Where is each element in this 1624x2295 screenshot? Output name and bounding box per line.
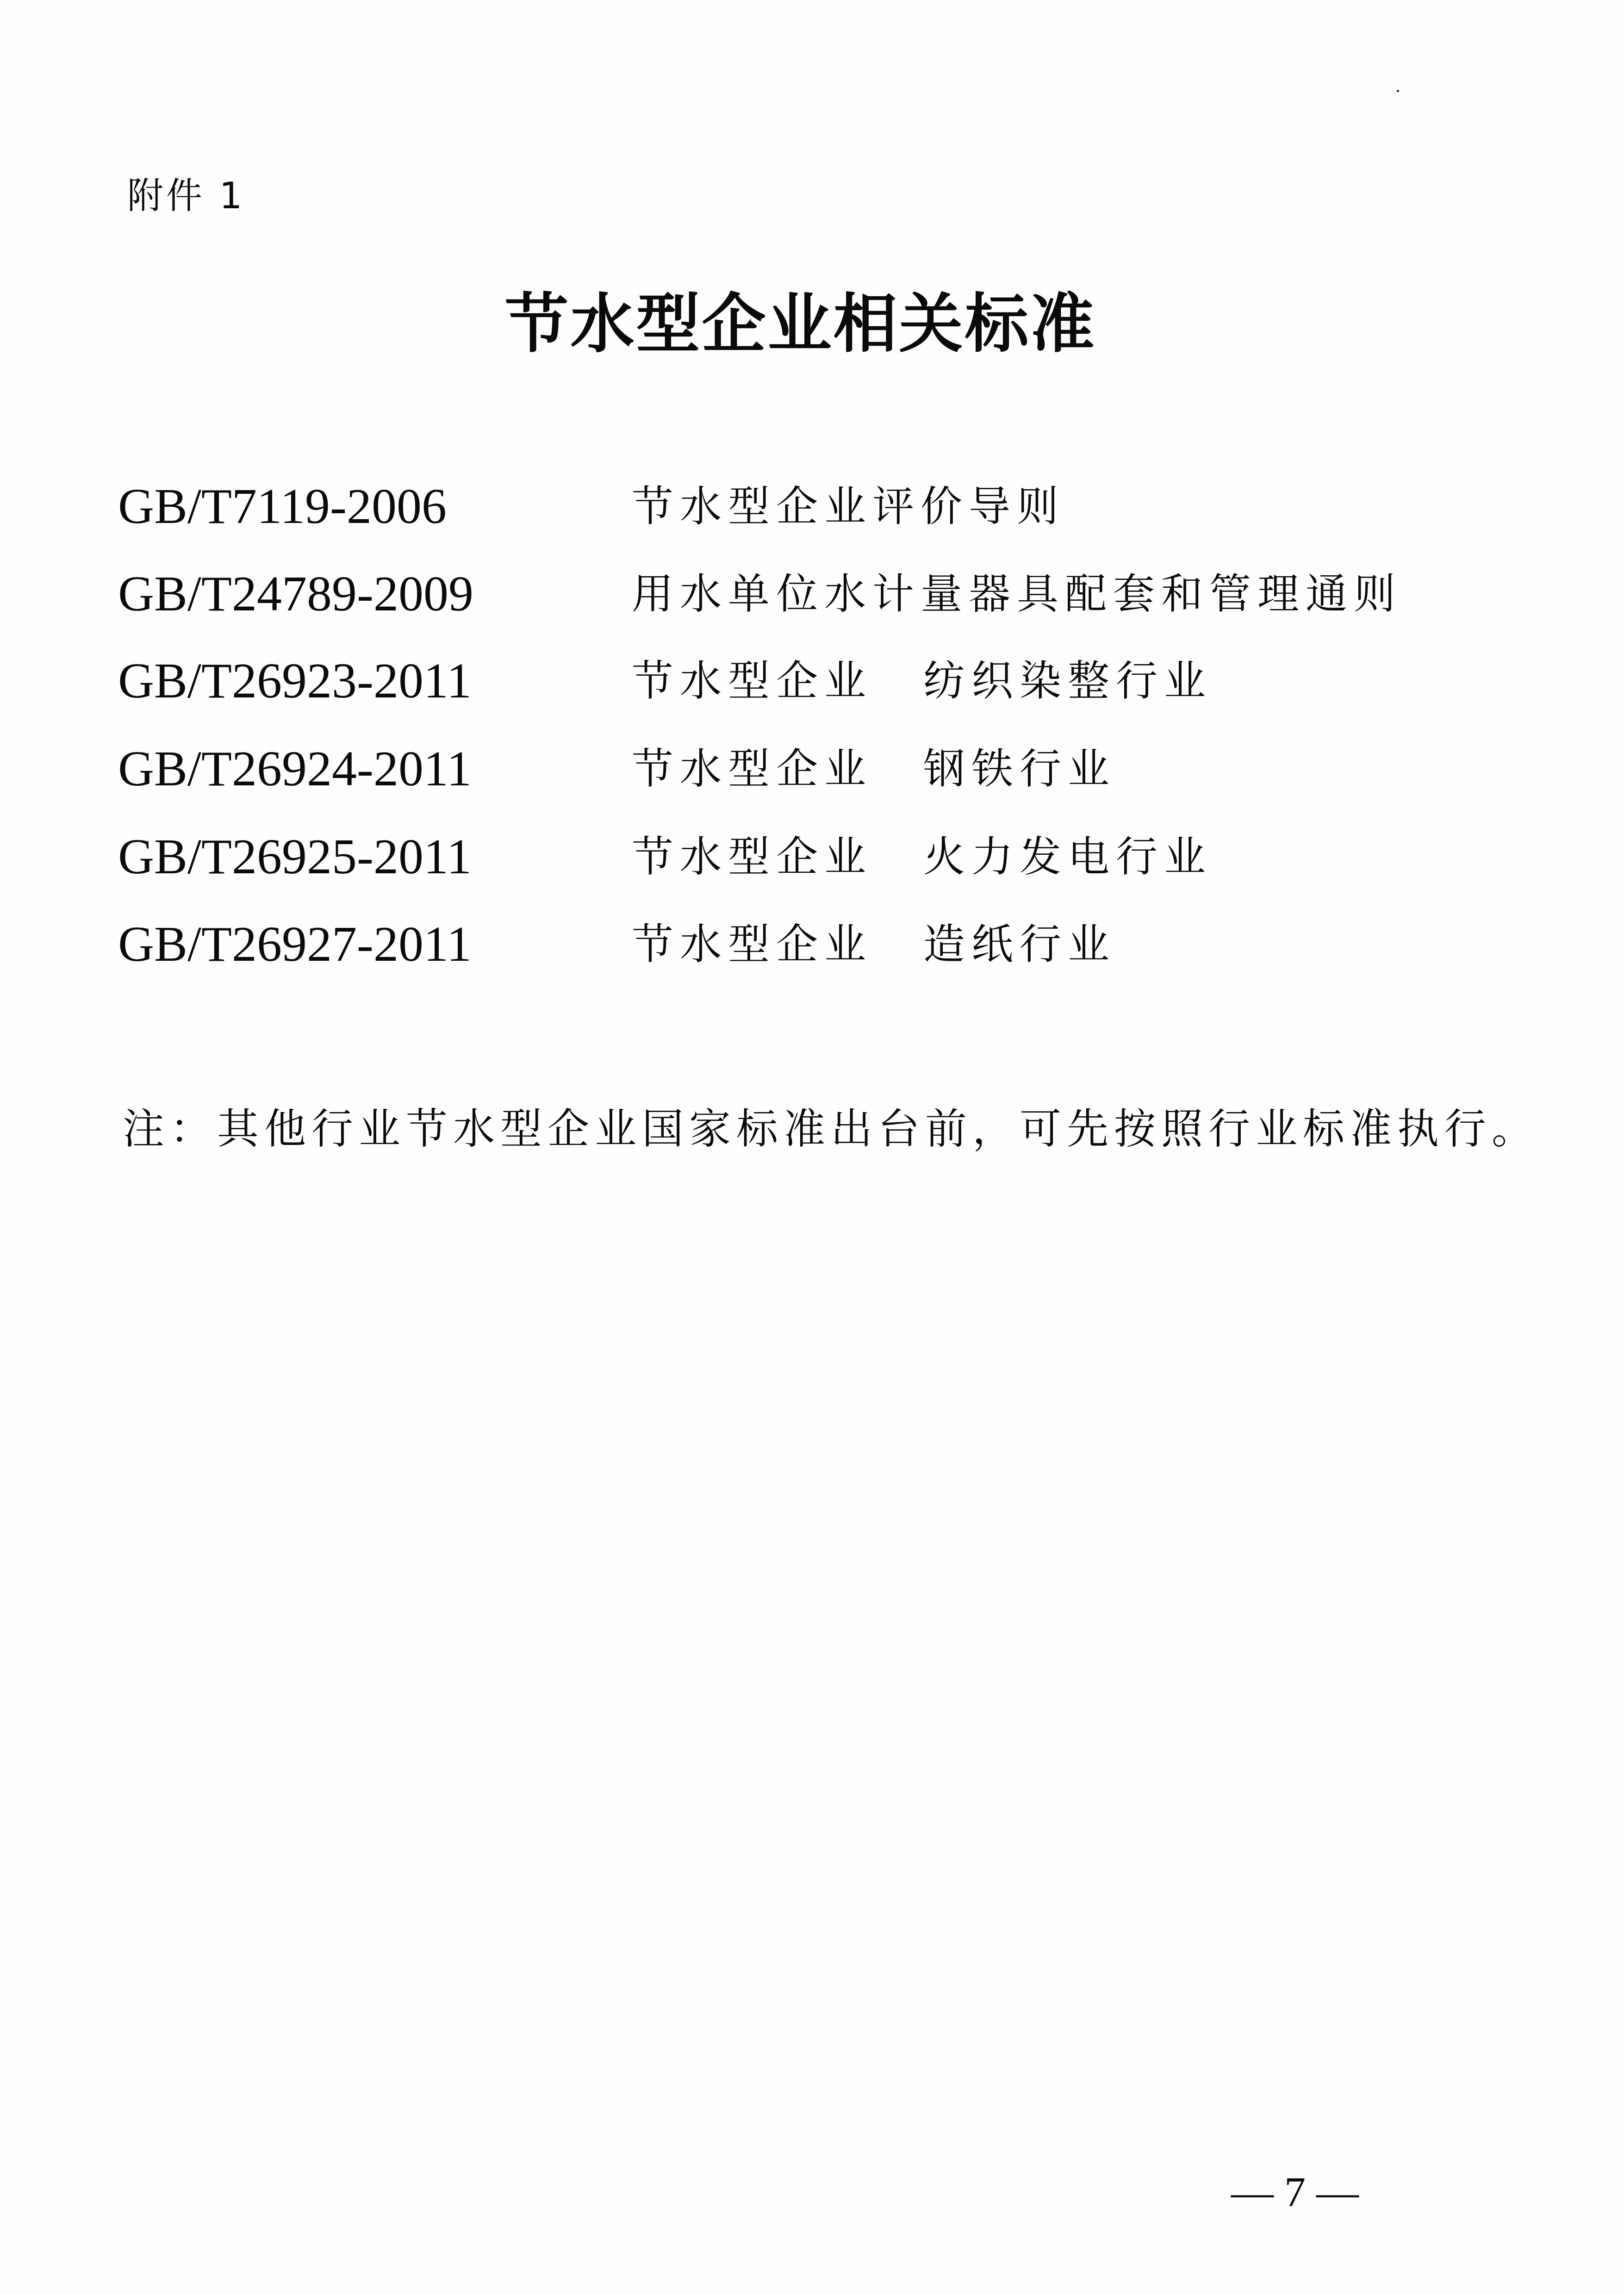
standard-code: GB/T26924-2011: [118, 739, 472, 799]
standard-industry: 钢铁行业: [923, 745, 1116, 793]
standard-code: GB/T26925-2011: [118, 827, 472, 887]
standard-category: 节水型企业: [632, 657, 872, 705]
standard-code: GB/T7119-2006: [118, 477, 447, 537]
footnote: 注：其他行业节水型企业国家标准出台前，可先按照行业标准执行。: [123, 1099, 1539, 1159]
standard-code: GB/T26927-2011: [118, 914, 472, 975]
standard-name: 节水型企业火力发电行业: [632, 827, 1212, 887]
standard-row: GB/T26923-2011 节水型企业纺织染整行业: [0, 651, 1624, 711]
standard-row: GB/T26924-2011 节水型企业钢铁行业: [0, 739, 1624, 799]
standard-row: GB/T26927-2011 节水型企业造纸行业: [0, 914, 1624, 975]
standards-list: GB/T7119-2006 节水型企业评价导则 GB/T24789-2009 用…: [0, 0, 1624, 1018]
standard-category: 节水型企业: [632, 745, 872, 793]
standard-row: GB/T7119-2006 节水型企业评价导则: [0, 477, 1624, 537]
page-number: — 7 —: [1231, 2171, 1359, 2213]
standard-code: GB/T26923-2011: [118, 651, 472, 711]
standard-code: GB/T24789-2009: [118, 564, 473, 624]
standard-name: 节水型企业造纸行业: [632, 914, 1116, 975]
standard-row: GB/T26925-2011 节水型企业火力发电行业: [0, 827, 1624, 887]
document-page: 附件 1 节水型企业相关标准 GB/T7119-2006 节水型企业评价导则 G…: [0, 0, 1624, 2295]
standard-title: 节水型企业评价导则: [632, 482, 1065, 531]
standard-title: 用水单位水计量器具配套和管理通则: [632, 570, 1402, 618]
standard-industry: 纺织染整行业: [923, 657, 1212, 705]
standard-industry: 造纸行业: [923, 920, 1116, 969]
standard-name: 节水型企业纺织染整行业: [632, 651, 1212, 711]
standard-industry: 火力发电行业: [923, 833, 1212, 881]
standard-name: 节水型企业钢铁行业: [632, 739, 1116, 799]
standard-name: 节水型企业评价导则: [632, 477, 1065, 537]
standard-row: GB/T24789-2009 用水单位水计量器具配套和管理通则: [0, 564, 1624, 624]
standard-category: 节水型企业: [632, 920, 872, 969]
standard-name: 用水单位水计量器具配套和管理通则: [632, 564, 1402, 624]
standard-category: 节水型企业: [632, 833, 872, 881]
